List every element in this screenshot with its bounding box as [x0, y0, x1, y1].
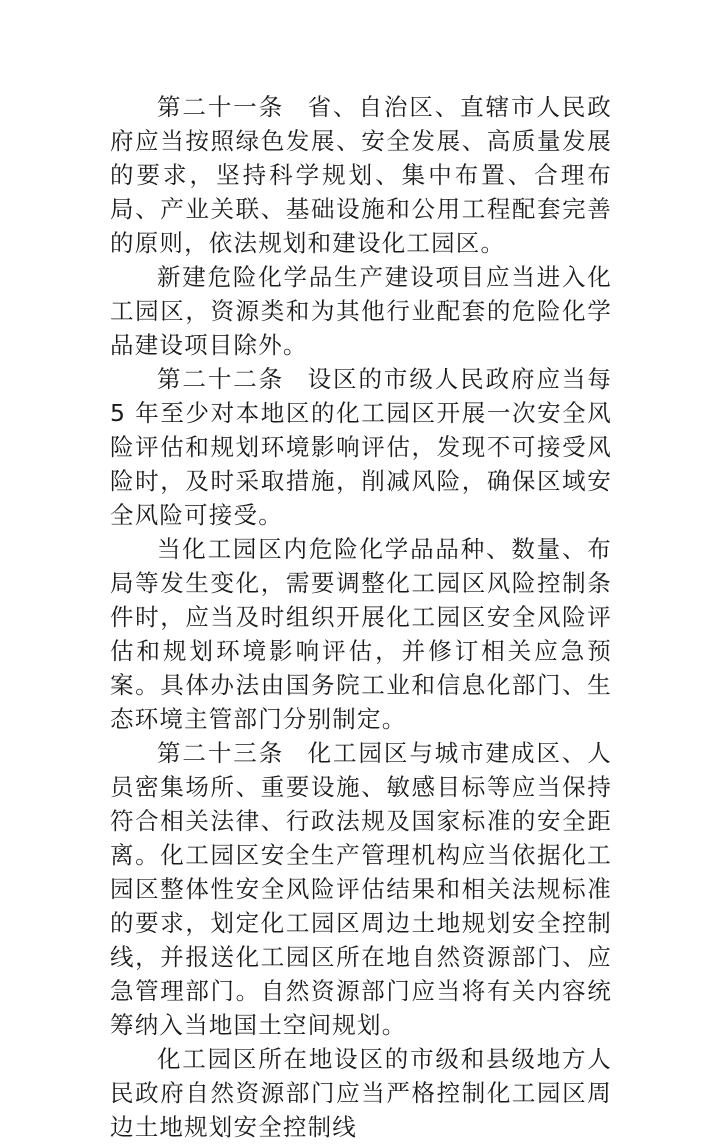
paragraph-article-21: 第二十一条省、自治区、直辖市人民政府应当按照绿色发展、安全发展、高质量发展的要求…: [110, 90, 612, 260]
paragraph-text: 化工园区与城市建成区、人员密集场所、重要设施、敏感目标等应当保持符合相关法律、行…: [110, 739, 612, 1018]
paragraph-article-23: 第二十三条化工园区与城市建成区、人员密集场所、重要设施、敏感目标等应当保持符合相…: [110, 736, 612, 1018]
article-number: 第二十二条: [157, 365, 284, 393]
article-number: 第二十一条: [157, 93, 284, 121]
article-number: 第二十三条: [157, 739, 284, 767]
paragraph-article-22-clause-2: 当化工园区内危险化学品品种、数量、布局等发生变化，需要调整化工园区风险控制条件时…: [110, 532, 612, 736]
paragraph-text: 当化工园区内危险化学品品种、数量、布局等发生变化，需要调整化工园区风险控制条件时…: [110, 535, 612, 733]
paragraph-article-22: 第二十二条设区的市级人民政府应当每 5 年至少对本地区的化工园区开展一次安全风险…: [110, 362, 612, 532]
paragraph-article-21-clause-2: 新建危险化学品生产建设项目应当进入化工园区，资源类和为其他行业配套的危险化学品建…: [110, 260, 612, 362]
document-page: 第二十一条省、自治区、直辖市人民政府应当按照绿色发展、安全发展、高质量发展的要求…: [110, 90, 612, 1018]
paragraph-text: 新建危险化学品生产建设项目应当进入化工园区，资源类和为其他行业配套的危险化学品建…: [110, 263, 612, 359]
